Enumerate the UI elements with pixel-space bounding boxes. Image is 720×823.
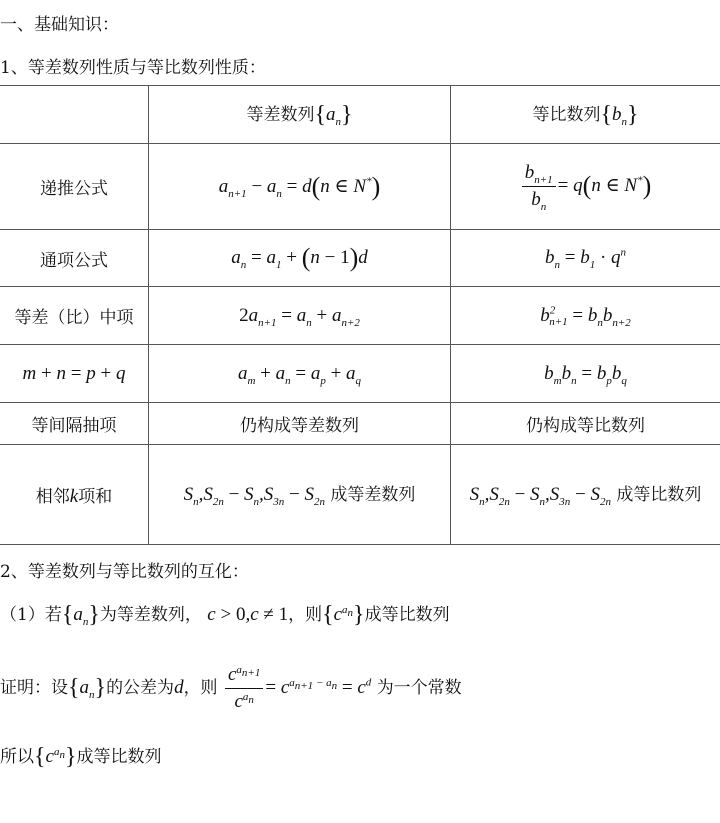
header-arith: 等差数列{an}: [149, 86, 451, 144]
table-row: m + n = p + q am + an = ap + aq bmbn = b…: [0, 345, 720, 403]
header-geo: 等比数列{bn}: [451, 86, 720, 144]
row-label-mnpq: m + n = p + q: [0, 345, 149, 403]
arith-interval: 仍构成等差数列: [149, 403, 451, 445]
geo-recurrence: bn+1bn= q(n ∈ N*): [451, 144, 720, 230]
geo-segment-sums: Sn,S2n − Sn,S3n − S2n 成等比数列: [451, 445, 720, 545]
arith-general-term: an = a1 + (n − 1)d: [149, 230, 451, 287]
table-row: 递推公式 an+1 − an = d(n ∈ N*) bn+1bn= q(n ∈…: [0, 144, 720, 230]
arith-recurrence: an+1 − an = d(n ∈ N*): [149, 144, 451, 230]
arith-middle-term: 2an+1 = an + an+2: [149, 287, 451, 345]
arith-segment-sums: Sn,S2n − Sn,S3n − S2n 成等差数列: [149, 445, 451, 545]
section-2-title: 2、等差数列与等比数列的互化：: [0, 557, 249, 582]
table-row: 相邻k项和 Sn,S2n − Sn,S3n − S2n 成等差数列 Sn,S2n…: [0, 445, 720, 545]
conclusion-line: 所以{can}成等比数列: [0, 742, 162, 771]
row-label: 等差（比）中项: [0, 287, 149, 345]
table-row: 通项公式 an = a1 + (n − 1)d bn = b1 · qn: [0, 230, 720, 287]
header-blank: [0, 86, 149, 144]
geo-interval: 仍构成等比数列: [451, 403, 720, 445]
geo-middle-term: b2n+1 = bnbn+2: [451, 287, 720, 345]
row-label-k-sum: 相邻k项和: [0, 445, 149, 545]
table-header-row: 等差数列{an} 等比数列{bn}: [0, 86, 720, 144]
proof-line: 证明：设{an}的公差为d，则 can+1can= can+1 − an = c…: [0, 664, 462, 713]
row-label: 等间隔抽项: [0, 403, 149, 445]
section-1-title: 1、等差数列性质与等比数列性质：: [0, 53, 266, 78]
table-row: 等间隔抽项 仍构成等差数列 仍构成等比数列: [0, 403, 720, 445]
row-label: 递推公式: [0, 144, 149, 230]
geo-general-term: bn = b1 · qn: [451, 230, 720, 287]
table-row: 等差（比）中项 2an+1 = an + an+2 b2n+1 = bnbn+2: [0, 287, 720, 345]
properties-table: 等差数列{an} 等比数列{bn} 递推公式 an+1 − an = d(n ∈…: [0, 85, 720, 545]
geo-index-property: bmbn = bpbq: [451, 345, 720, 403]
row-label: 通项公式: [0, 230, 149, 287]
arith-index-property: am + an = ap + aq: [149, 345, 451, 403]
statement-1: （1）若{an}为等差数列， c > 0,c ≠ 1，则{can}成等比数列: [0, 600, 450, 629]
heading: 一、基础知识：: [0, 10, 119, 35]
